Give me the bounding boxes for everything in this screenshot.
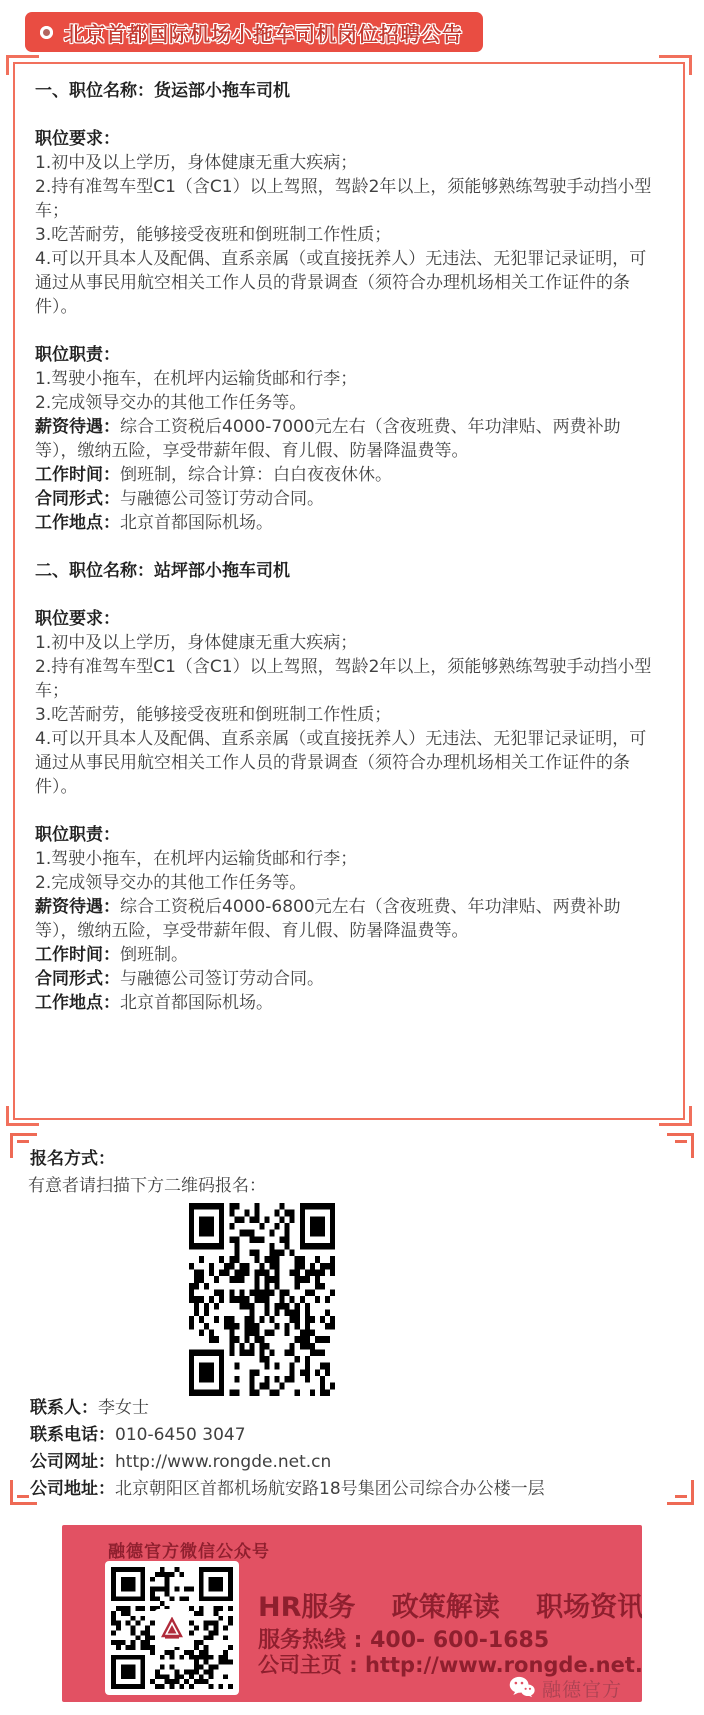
wechat-icon xyxy=(509,1676,535,1702)
location-label: 工作地点： xyxy=(35,993,120,1013)
job-name: 一、职位名称：货运部小拖车司机 xyxy=(35,79,663,103)
job-section-apron: 二、职位名称：站坪部小拖车司机 职位要求： 1.初中及以上学历，身体健康无重大疾… xyxy=(35,559,663,1015)
qr-code-icon xyxy=(111,1567,233,1689)
homepage-link[interactable]: http://www.rongde.net.cn xyxy=(365,1653,642,1677)
salary-line: 薪资待遇：综合工资税后4000-6800元左右（含夜班费、年功津贴、两费补助等）… xyxy=(35,895,663,943)
duty-item: 1.驾驶小拖车，在机坪内运输货邮和行李； xyxy=(35,367,663,391)
duties-group: 职位职责： 1.驾驶小拖车，在机坪内运输货邮和行李； 2.完成领导交办的其他工作… xyxy=(35,343,663,415)
worktime-text: 倒班制。 xyxy=(120,945,188,965)
job-description-box: 一、职位名称：货运部小拖车司机 职位要求： 1.初中及以上学历，身体健康无重大疾… xyxy=(13,62,685,1120)
location-text: 北京首都国际机场。 xyxy=(120,513,273,533)
contact-phone-label: 联系电话： xyxy=(30,1425,115,1445)
rongde-triangle-logo-icon xyxy=(155,1609,189,1647)
worktime-line: 工作时间：倒班制。 xyxy=(35,943,663,967)
duty-item: 2.完成领导交办的其他工作任务等。 xyxy=(35,871,663,895)
footer-wechat-row: 融德官方 xyxy=(509,1675,622,1702)
qr-code-icon xyxy=(189,1203,335,1396)
salary-text: 综合工资税后4000-6800元左右（含夜班费、年功津贴、两费补助等），缴纳五险… xyxy=(35,897,621,941)
duty-item: 1.驾驶小拖车，在机坪内运输货邮和行李； xyxy=(35,847,663,871)
signup-title: 报名方式： xyxy=(30,1147,115,1171)
requirement-item: 3.吃苦耐劳，能够接受夜班和倒班制工作性质； xyxy=(35,703,663,727)
signup-instruction: 有意者请扫描下方二维码报名： xyxy=(28,1174,266,1198)
requirement-item: 2.持有准驾车型C1（含C1）以上驾照，驾龄2年以上，须能够熟练驾驶手动挡小型车… xyxy=(35,175,663,223)
requirements-group: 职位要求： 1.初中及以上学历，身体健康无重大疾病； 2.持有准驾车型C1（含C… xyxy=(35,607,663,799)
corner-bracket xyxy=(667,1133,694,1158)
contract-line: 合同形式：与融德公司签订劳动合同。 xyxy=(35,487,663,511)
requirement-item: 2.持有准驾车型C1（含C1）以上驾照，驾龄2年以上，须能够熟练驾驶手动挡小型车… xyxy=(35,655,663,703)
company-website-link[interactable]: http://www.rongde.net.cn xyxy=(115,1452,331,1472)
company-website-label: 公司网址： xyxy=(30,1452,115,1472)
company-address-label: 公司地址： xyxy=(30,1479,115,1499)
footer-qr-caption: 融德官方微信公众号 xyxy=(108,1537,270,1562)
duties-title: 职位职责： xyxy=(35,823,663,847)
contact-person-row: 联系人：李女士 xyxy=(30,1395,680,1422)
worktime-label: 工作时间： xyxy=(35,945,120,965)
footer-promo-banner: 融德官方微信公众号 HR服务 政策解读 职场资讯 服务热线 : 400- 600… xyxy=(62,1525,642,1702)
requirements-group: 职位要求： 1.初中及以上学历，身体健康无重大疾病； 2.持有准驾车型C1（含C… xyxy=(35,127,663,319)
contact-info: 联系人：李女士 联系电话：010-6450 3047 公司网址：http://w… xyxy=(30,1395,680,1503)
company-address-value: 北京朝阳区首都机场航安路18号集团公司综合办公楼一层 xyxy=(115,1479,545,1499)
duty-item: 2.完成领导交办的其他工作任务等。 xyxy=(35,391,663,415)
wechat-account-name: 融德官方 xyxy=(542,1675,622,1702)
requirements-title: 职位要求： xyxy=(35,127,663,151)
footer-headline: HR服务 政策解读 职场资讯 xyxy=(258,1585,642,1624)
company-website-row: 公司网址：http://www.rongde.net.cn xyxy=(30,1449,680,1476)
requirement-item: 3.吃苦耐劳，能够接受夜班和倒班制工作性质； xyxy=(35,223,663,247)
salary-line: 薪资待遇：综合工资税后4000-7000元左右（含夜班费、年功津贴、两费补助等）… xyxy=(35,415,663,463)
contact-person-value: 李女士 xyxy=(98,1398,149,1418)
job-name: 二、职位名称：站坪部小拖车司机 xyxy=(35,559,663,583)
duties-title: 职位职责： xyxy=(35,343,663,367)
article-page: 北京首都国际机场小拖车司机岗位招聘公告 一、职位名称：货运部小拖车司机 职位要求… xyxy=(0,0,704,1715)
job-section-cargo: 一、职位名称：货运部小拖车司机 职位要求： 1.初中及以上学历，身体健康无重大疾… xyxy=(35,79,663,535)
dot-icon xyxy=(40,26,53,39)
requirement-item: 1.初中及以上学历，身体健康无重大疾病； xyxy=(35,151,663,175)
requirement-item: 1.初中及以上学历，身体健康无重大疾病； xyxy=(35,631,663,655)
requirements-title: 职位要求： xyxy=(35,607,663,631)
company-address-row: 公司地址：北京朝阳区首都机场航安路18号集团公司综合办公楼一层 xyxy=(30,1476,680,1503)
signup-section: 报名方式： 有意者请扫描下方二维码报名： 联系人：李女士 联系电话：010-64… xyxy=(10,1133,694,1505)
worktime-line: 工作时间：倒班制，综合计算：白白夜夜休休。 xyxy=(35,463,663,487)
location-text: 北京首都国际机场。 xyxy=(120,993,273,1013)
salary-text: 综合工资税后4000-7000元左右（含夜班费、年功津贴、两费补助等），缴纳五险… xyxy=(35,417,621,461)
footer-text-block: HR服务 政策解读 职场资讯 服务热线 : 400- 600-1685 公司主页… xyxy=(258,1525,634,1702)
contact-phone-row: 联系电话：010-6450 3047 xyxy=(30,1422,680,1449)
location-label: 工作地点： xyxy=(35,513,120,533)
contract-line: 合同形式：与融德公司签订劳动合同。 xyxy=(35,967,663,991)
footer-qr-card xyxy=(105,1561,239,1695)
page-title: 北京首都国际机场小拖车司机岗位招聘公告 xyxy=(64,18,463,47)
salary-label: 薪资待遇： xyxy=(35,417,120,437)
homepage-label: 公司主页 : xyxy=(258,1653,365,1677)
location-line: 工作地点：北京首都国际机场。 xyxy=(35,991,663,1015)
contact-person-label: 联系人： xyxy=(30,1398,98,1418)
contract-label: 合同形式： xyxy=(35,969,120,989)
contract-text: 与融德公司签订劳动合同。 xyxy=(120,969,324,989)
worktime-label: 工作时间： xyxy=(35,465,120,485)
contract-label: 合同形式： xyxy=(35,489,120,509)
worktime-text: 倒班制，综合计算：白白夜夜休休。 xyxy=(120,465,392,485)
requirement-item: 4.可以开具本人及配偶、直系亲属（或直接抚养人）无违法、无犯罪记录证明，可通过从… xyxy=(35,247,663,319)
salary-label: 薪资待遇： xyxy=(35,897,120,917)
location-line: 工作地点：北京首都国际机场。 xyxy=(35,511,663,535)
contract-text: 与融德公司签订劳动合同。 xyxy=(120,489,324,509)
contact-phone-value: 010-6450 3047 xyxy=(115,1425,246,1445)
duties-group: 职位职责： 1.驾驶小拖车，在机坪内运输货邮和行李； 2.完成领导交办的其他工作… xyxy=(35,823,663,895)
requirement-item: 4.可以开具本人及配偶、直系亲属（或直接抚养人）无违法、无犯罪记录证明，可通过从… xyxy=(35,727,663,799)
title-banner: 北京首都国际机场小拖车司机岗位招聘公告 xyxy=(25,12,483,52)
